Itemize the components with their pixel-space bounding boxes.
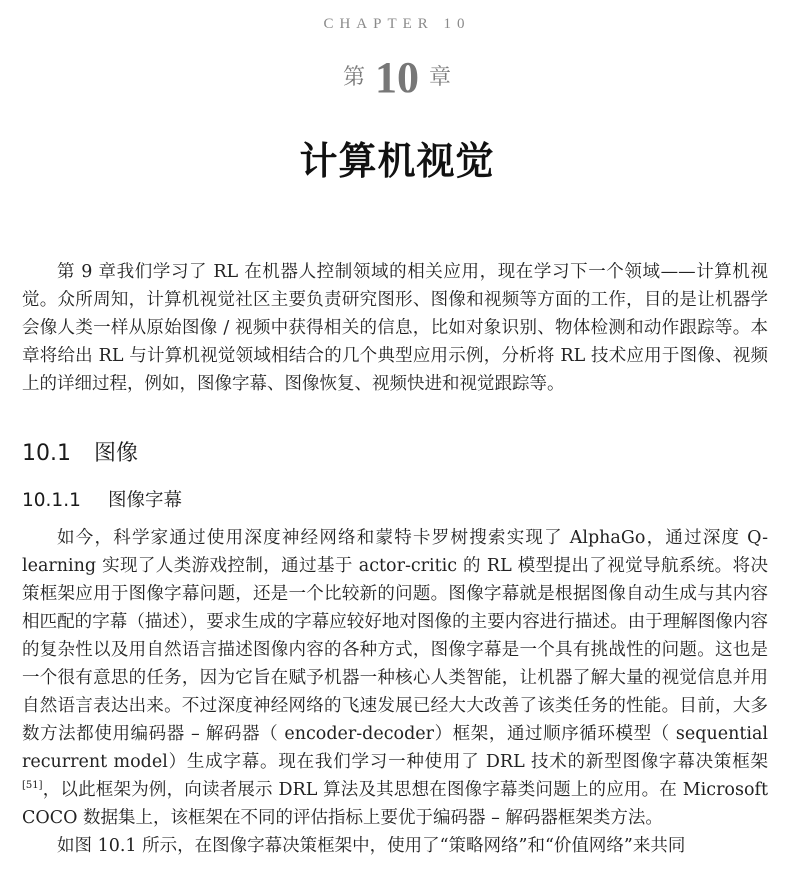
- paragraph-text: 如今，科学家通过使用深度神经网络和蒙特卡罗树搜索实现了 AlphaGo，通过深度…: [22, 528, 768, 772]
- body-paragraph-2: 如图 10.1 所示，在图像字幕决策框架中，使用了“策略网络”和“价值网络”来共…: [22, 832, 768, 860]
- chapter-prefix: 第: [343, 64, 365, 89]
- section-title: 图像: [94, 441, 138, 466]
- book-page: CHAPTER 10 第10章 计算机视觉 第 9 章我们学习了 RL 在机器人…: [0, 0, 794, 896]
- intro-block: 第 9 章我们学习了 RL 在机器人控制领域的相关应用，现在学习下一个领域——计…: [22, 258, 768, 398]
- citation-reference[interactable]: [51]: [22, 780, 43, 791]
- chapter-number-heading: 第10章: [0, 52, 794, 103]
- chapter-number: 10: [375, 53, 419, 102]
- paragraph-text: ，以此框架为例，向读者展示 DRL 算法及其思想在图像字幕类问题上的应用。在 M…: [22, 780, 768, 828]
- section-number: 10.1: [22, 441, 94, 466]
- section-heading: 10.1图像: [22, 436, 138, 467]
- subsection-title: 图像字幕: [108, 490, 182, 511]
- chapter-title: 计算机视觉: [0, 130, 794, 185]
- chapter-suffix: 章: [429, 64, 451, 89]
- subsection-heading: 10.1.1图像字幕: [22, 486, 182, 512]
- intro-paragraph: 第 9 章我们学习了 RL 在机器人控制领域的相关应用，现在学习下一个领域——计…: [22, 258, 768, 398]
- chapter-label-english: CHAPTER 10: [0, 16, 794, 33]
- body-block: 如今，科学家通过使用深度神经网络和蒙特卡罗树搜索实现了 AlphaGo，通过深度…: [22, 524, 768, 860]
- subsection-number: 10.1.1: [22, 490, 108, 511]
- body-paragraph-1: 如今，科学家通过使用深度神经网络和蒙特卡罗树搜索实现了 AlphaGo，通过深度…: [22, 524, 768, 832]
